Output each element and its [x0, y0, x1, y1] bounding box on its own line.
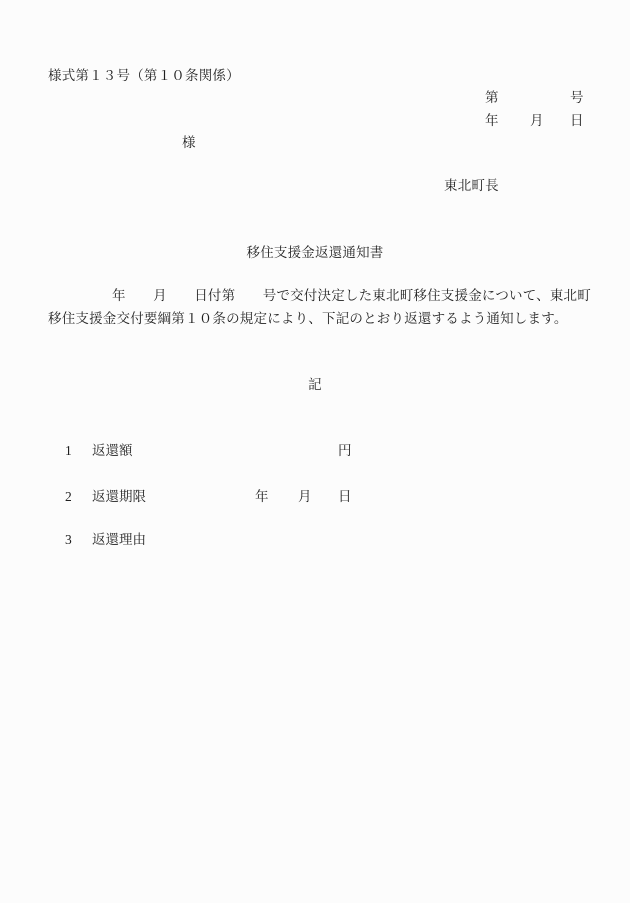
- body-paragraph-line-2: 移住支援金交付要綱第１０条の規定により、下記のとおり返還するよう通知します。: [48, 312, 568, 326]
- addressee-honorific-label: 様: [182, 136, 196, 150]
- list-item-return-amount: 1 返還額 円: [0, 444, 630, 459]
- record-marker: 記: [0, 378, 630, 392]
- item-2-year-label: 年: [255, 490, 269, 504]
- item-1-label: 返還額: [92, 444, 133, 458]
- item-1-currency-unit-label: 円: [338, 444, 352, 458]
- doc-number-prefix-label: 第: [485, 91, 499, 105]
- issue-date-day-label: 日: [570, 114, 584, 128]
- item-2-number: 2: [65, 490, 72, 504]
- issue-date-year-label: 年: [485, 114, 499, 128]
- list-item-return-deadline: 2 返還期限 年 月 日: [0, 490, 630, 505]
- item-2-day-label: 日: [338, 490, 352, 504]
- document-page: 様式第１３号（第１０条関係） 第 号 年 月 日 様 東北町長 移住支援金返還通…: [0, 0, 630, 903]
- item-2-label: 返還期限: [92, 490, 146, 504]
- sender-name: 東北町長: [444, 179, 499, 193]
- body-paragraph-line-1: 年 月 日付第 号で交付決定した東北町移住支援金について、東北町: [112, 289, 591, 303]
- list-item-return-reason: 3 返還理由: [0, 533, 630, 548]
- item-2-month-label: 月: [298, 490, 312, 504]
- item-1-number: 1: [65, 444, 72, 458]
- item-3-label: 返還理由: [92, 533, 146, 547]
- form-id-label: 様式第１３号（第１０条関係）: [48, 69, 240, 83]
- issue-date-month-label: 月: [530, 114, 544, 128]
- doc-number-suffix-label: 号: [570, 91, 584, 105]
- document-title: 移住支援金返還通知書: [0, 246, 630, 260]
- item-3-number: 3: [65, 533, 72, 547]
